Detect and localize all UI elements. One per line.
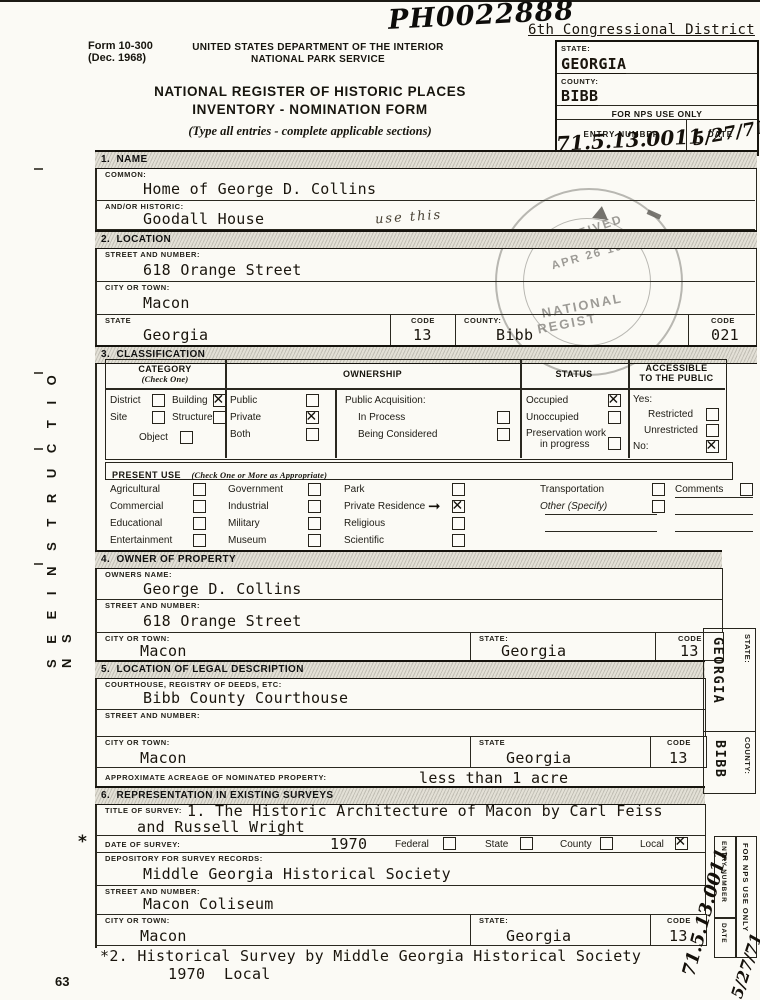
street-value: 618 Orange Street [143, 261, 302, 279]
park-checkbox[interactable] [452, 483, 465, 496]
survey-state-field: STATE: Georgia [470, 914, 651, 946]
tick-mark [34, 563, 43, 565]
structure-checkbox[interactable] [213, 411, 226, 424]
margin-state-strip: STATE: GEORGIA [703, 628, 756, 732]
public-checkbox[interactable] [306, 394, 319, 407]
margin-date-label: DATE [720, 923, 727, 943]
in-process-checkbox[interactable] [497, 411, 510, 424]
private-residence-checkbox[interactable] [452, 500, 465, 513]
public-label: Public [230, 395, 257, 406]
legal-street-field: STREET AND NUMBER: [95, 709, 706, 737]
entertainment-label: Entertainment [110, 535, 172, 546]
military-checkbox[interactable] [308, 517, 321, 530]
transportation-label: Transportation [540, 484, 604, 495]
blank-entry-line[interactable] [675, 531, 753, 532]
restricted-label: Restricted [648, 409, 693, 420]
table-divider [335, 388, 337, 458]
code-label: CODE [667, 916, 691, 925]
commercial-checkbox[interactable] [193, 500, 206, 513]
unrestricted-label: Unrestricted [644, 425, 698, 436]
present-use-sublabel: (Check One or More as Appropriate) [191, 470, 327, 480]
scientific-label: Scientific [344, 535, 384, 546]
government-checkbox[interactable] [308, 483, 321, 496]
form-title-line1: NATIONAL REGISTER OF HISTORIC PLACES [130, 84, 490, 99]
owner-name-field: OWNERS NAME: George D. Collins [95, 568, 723, 600]
owner-street-field: STREET AND NUMBER: 618 Orange Street [95, 599, 723, 633]
department-line2: NATIONAL PARK SERVICE [168, 54, 468, 65]
survey-state-value: Georgia [506, 927, 571, 945]
yes-label: Yes: [633, 394, 652, 405]
scanned-nomination-form: PH0022888 6th Congressional District For… [0, 0, 760, 1000]
code-label: CODE [411, 316, 435, 325]
federal-checkbox[interactable] [443, 837, 456, 850]
section5-header-bar: 5. LOCATION OF LEGAL DESCRIPTION [95, 660, 705, 679]
tick-mark [34, 168, 43, 170]
legal-state-field: STATE Georgia [470, 736, 651, 768]
preservation-label-line2: in progress [540, 439, 589, 450]
location-county-code-field: CODE 021 [688, 314, 756, 346]
footnote-line1: *2. Historical Survey by Middle Georgia … [100, 947, 641, 965]
no-label: No: [633, 441, 649, 452]
accessible-header-line2: TO THE PUBLIC [628, 373, 725, 383]
category-subheader: (Check One) [105, 374, 225, 384]
preservation-checkbox[interactable] [608, 437, 621, 450]
status-header: STATUS [520, 369, 628, 379]
survey-street-field: STREET AND NUMBER: Macon Coliseum [95, 885, 706, 915]
historic-name-annotation: use this [375, 207, 443, 227]
street-label: STREET AND NUMBER: [105, 250, 200, 259]
government-label: Government [228, 484, 283, 495]
restricted-checkbox[interactable] [706, 408, 719, 421]
transportation-checkbox[interactable] [652, 483, 665, 496]
state-value: Georgia [143, 326, 208, 344]
religious-label: Religious [344, 518, 385, 529]
handwritten-arrow-icon: ➞ [428, 497, 441, 515]
owner-state-field: STATE: Georgia [470, 632, 656, 661]
unoccupied-checkbox[interactable] [608, 411, 621, 424]
comments-label: Comments [675, 484, 723, 495]
courthouse-field: COURTHOUSE, REGISTRY OF DEEDS, ETC: Bibb… [95, 678, 706, 710]
nps-state-value: GEORGIA [561, 55, 626, 74]
footnote-line2: 1970 Local [168, 965, 271, 983]
structure-label: Structure [172, 412, 213, 423]
legal-state-value: Georgia [506, 749, 571, 767]
scan-edge-artifact [0, 0, 760, 2]
congressional-district-note: 6th Congressional District [528, 22, 755, 38]
both-checkbox[interactable] [306, 428, 319, 441]
location-state-field: STATE Georgia [95, 314, 390, 346]
ownership-header: OWNERSHIP [225, 369, 520, 379]
other-specify-label: Other (Specify) [540, 501, 607, 512]
survey-title-label: TITLE OF SURVEY: [105, 806, 182, 815]
scientific-checkbox[interactable] [452, 534, 465, 547]
common-name-value: Home of George D. Collins [143, 180, 376, 198]
acreage-value: less than 1 acre [415, 769, 608, 788]
nps-state-label: STATE: [561, 44, 590, 53]
survey-street-value: Macon Coliseum [143, 895, 274, 913]
location-state-code-field: CODE 13 [390, 314, 456, 346]
see-instructions-vertical: S E E I N S T R U C T I O N S [44, 352, 74, 668]
margin-nps-use-label: FOR NPS USE ONLY [741, 843, 750, 932]
acreage-field: APPROXIMATE ACREAGE OF NOMINATED PROPERT… [95, 767, 705, 786]
legal-city-value: Macon [140, 749, 187, 767]
owner-street-value: 618 Orange Street [143, 612, 302, 630]
park-label: Park [344, 484, 365, 495]
type-all-entries-note: (Type all entries - complete applicable … [130, 124, 490, 139]
category-header: CATEGORY [105, 364, 225, 374]
in-process-label: In Process [358, 412, 405, 423]
margin-county-value: BIBB [712, 740, 728, 779]
preservation-label-line1: Preservation work [526, 428, 606, 439]
state-label: STATE [479, 738, 505, 747]
object-label: Object [139, 432, 168, 443]
entertainment-checkbox[interactable] [193, 534, 206, 547]
depository-value: Middle Georgia Historical Society [143, 865, 451, 883]
survey-date-field: DATE OF SURVEY: 1970 Federal State Count… [95, 835, 706, 853]
no-checkbox[interactable] [706, 440, 719, 453]
legal-code-field: CODE 13 [650, 736, 707, 768]
present-use-strip: PRESENT USE (Check One or More as Approp… [105, 462, 733, 480]
county-label: COUNTY: [464, 316, 501, 325]
owner-name-label: OWNERS NAME: [105, 570, 172, 579]
private-label: Private [230, 412, 261, 423]
comments-checkbox[interactable] [740, 483, 753, 496]
owner-code-value: 13 [680, 642, 699, 660]
county-code-value: 021 [711, 326, 739, 344]
building-checkbox[interactable] [213, 394, 226, 407]
being-considered-checkbox[interactable] [497, 428, 510, 441]
state-label: STATE: [479, 916, 508, 925]
museum-label: Museum [228, 535, 266, 546]
object-checkbox[interactable] [180, 431, 193, 444]
survey-city-value: Macon [140, 927, 187, 945]
asterisk-mark: * [78, 832, 87, 852]
unoccupied-label: Unoccupied [526, 412, 579, 423]
blank-entry-line[interactable] [545, 531, 657, 532]
section4-header-bar: 4. OWNER OF PROPERTY [95, 550, 722, 569]
legal-city-field: CITY OR TOWN: Macon [95, 736, 470, 768]
unrestricted-checkbox[interactable] [706, 424, 719, 437]
state-level-checkbox[interactable] [520, 837, 533, 850]
state-label: STATE [105, 316, 131, 325]
margin-county-strip: COUNTY: BIBB [703, 732, 756, 794]
owner-name-value: George D. Collins [143, 580, 302, 598]
form-date: (Dec. 1968) [88, 52, 146, 64]
accessible-header-line1: ACCESSIBLE [628, 363, 725, 373]
survey-code-value: 13 [669, 927, 688, 945]
district-checkbox[interactable] [152, 394, 165, 407]
educational-checkbox[interactable] [193, 517, 206, 530]
tick-mark [34, 448, 43, 450]
table-divider [715, 917, 735, 919]
county-level-label: County [560, 839, 592, 850]
site-checkbox[interactable] [152, 411, 165, 424]
code-label: CODE [667, 738, 691, 747]
for-nps-use-only-label: FOR NPS USE ONLY [557, 106, 757, 120]
both-label: Both [230, 429, 251, 440]
department-line1: UNITED STATES DEPARTMENT OF THE INTERIOR [168, 42, 468, 53]
historic-name-value: Goodall House [143, 210, 264, 228]
city-label: CITY OR TOWN: [105, 916, 170, 925]
street-label: STREET AND NUMBER: [105, 711, 200, 720]
section2-header-bar: 2. LOCATION [95, 230, 757, 249]
agricultural-checkbox[interactable] [193, 483, 206, 496]
courthouse-label: COURTHOUSE, REGISTRY OF DEEDS, ETC: [105, 680, 282, 689]
blank-entry-line[interactable] [545, 514, 657, 515]
local-level-label: Local [640, 839, 664, 850]
survey-city-field: CITY OR TOWN: Macon [95, 914, 470, 946]
margin-state-value: GEORGIA [710, 637, 726, 704]
table-header-rule [105, 388, 725, 390]
location-city-field: CITY OR TOWN: Macon [95, 281, 755, 315]
site-label: Site [110, 412, 127, 423]
page-number: 63 [55, 974, 69, 989]
military-label: Military [228, 518, 260, 529]
form-number: Form 10-300 [88, 40, 153, 52]
federal-label: Federal [395, 839, 429, 850]
courthouse-value: Bibb County Courthouse [143, 689, 348, 707]
owner-state-value: Georgia [501, 642, 566, 660]
common-name-field: COMMON: Home of George D. Collins [95, 168, 755, 201]
street-label: STREET AND NUMBER: [105, 601, 200, 610]
owner-city-field: CITY OR TOWN: Macon [95, 632, 470, 661]
margin-state-label: STATE: [743, 634, 752, 663]
owner-city-value: Macon [140, 642, 187, 660]
section1-header-bar: 1. NAME [95, 150, 757, 169]
occupied-checkbox[interactable] [608, 394, 621, 407]
blank-entry-line[interactable] [675, 497, 753, 498]
historic-name-field: AND/OR HISTORIC: Goodall House use this [95, 200, 755, 230]
district-label: District [110, 395, 141, 406]
public-acquisition-label: Public Acquisition: [345, 395, 426, 406]
depository-field: DEPOSITORY FOR SURVEY RECORDS: Middle Ge… [95, 852, 706, 886]
survey-date-value: 1970 [330, 835, 367, 853]
agricultural-label: Agricultural [110, 484, 160, 495]
acreage-label: APPROXIMATE ACREAGE OF NOMINATED PROPERT… [105, 773, 327, 782]
survey-date-label: DATE OF SURVEY: [105, 840, 180, 849]
religious-checkbox[interactable] [452, 517, 465, 530]
local-level-checkbox[interactable] [675, 837, 688, 850]
state-code-value: 13 [413, 326, 432, 344]
city-label: CITY OR TOWN: [105, 283, 170, 292]
survey-title-line2: and Russell Wright [137, 818, 305, 836]
margin-county-label: COUNTY: [743, 737, 752, 774]
depository-label: DEPOSITORY FOR SURVEY RECORDS: [105, 854, 263, 863]
other-specify-checkbox[interactable] [652, 500, 665, 513]
building-label: Building [172, 395, 208, 406]
present-use-label: PRESENT USE [112, 470, 181, 480]
tick-mark [34, 372, 43, 374]
county-value: Bibb [496, 326, 533, 344]
industrial-checkbox[interactable] [308, 500, 321, 513]
nps-county-label: COUNTY: [561, 77, 598, 86]
private-residence-label: Private Residence [344, 501, 425, 512]
city-label: CITY OR TOWN: [105, 738, 170, 747]
survey-title-field: TITLE OF SURVEY: 1. The Historic Archite… [95, 804, 706, 836]
blank-entry-line[interactable] [675, 514, 753, 515]
common-name-label: COMMON: [105, 170, 146, 179]
educational-label: Educational [110, 518, 162, 529]
museum-checkbox[interactable] [308, 534, 321, 547]
state-level-label: State [485, 839, 508, 850]
county-level-checkbox[interactable] [600, 837, 613, 850]
private-checkbox[interactable] [306, 411, 319, 424]
form-title-line2: INVENTORY - NOMINATION FORM [130, 102, 490, 117]
being-considered-label: Being Considered [358, 429, 438, 440]
occupied-label: Occupied [526, 395, 568, 406]
legal-code-value: 13 [669, 749, 688, 767]
location-street-field: STREET AND NUMBER: 618 Orange Street [95, 248, 755, 282]
location-county-field: COUNTY: Bibb [455, 314, 689, 346]
city-value: Macon [143, 294, 190, 312]
commercial-label: Commercial [110, 501, 163, 512]
nps-county-value: BIBB [561, 87, 598, 106]
industrial-label: Industrial [228, 501, 269, 512]
code-label: CODE [711, 316, 735, 325]
